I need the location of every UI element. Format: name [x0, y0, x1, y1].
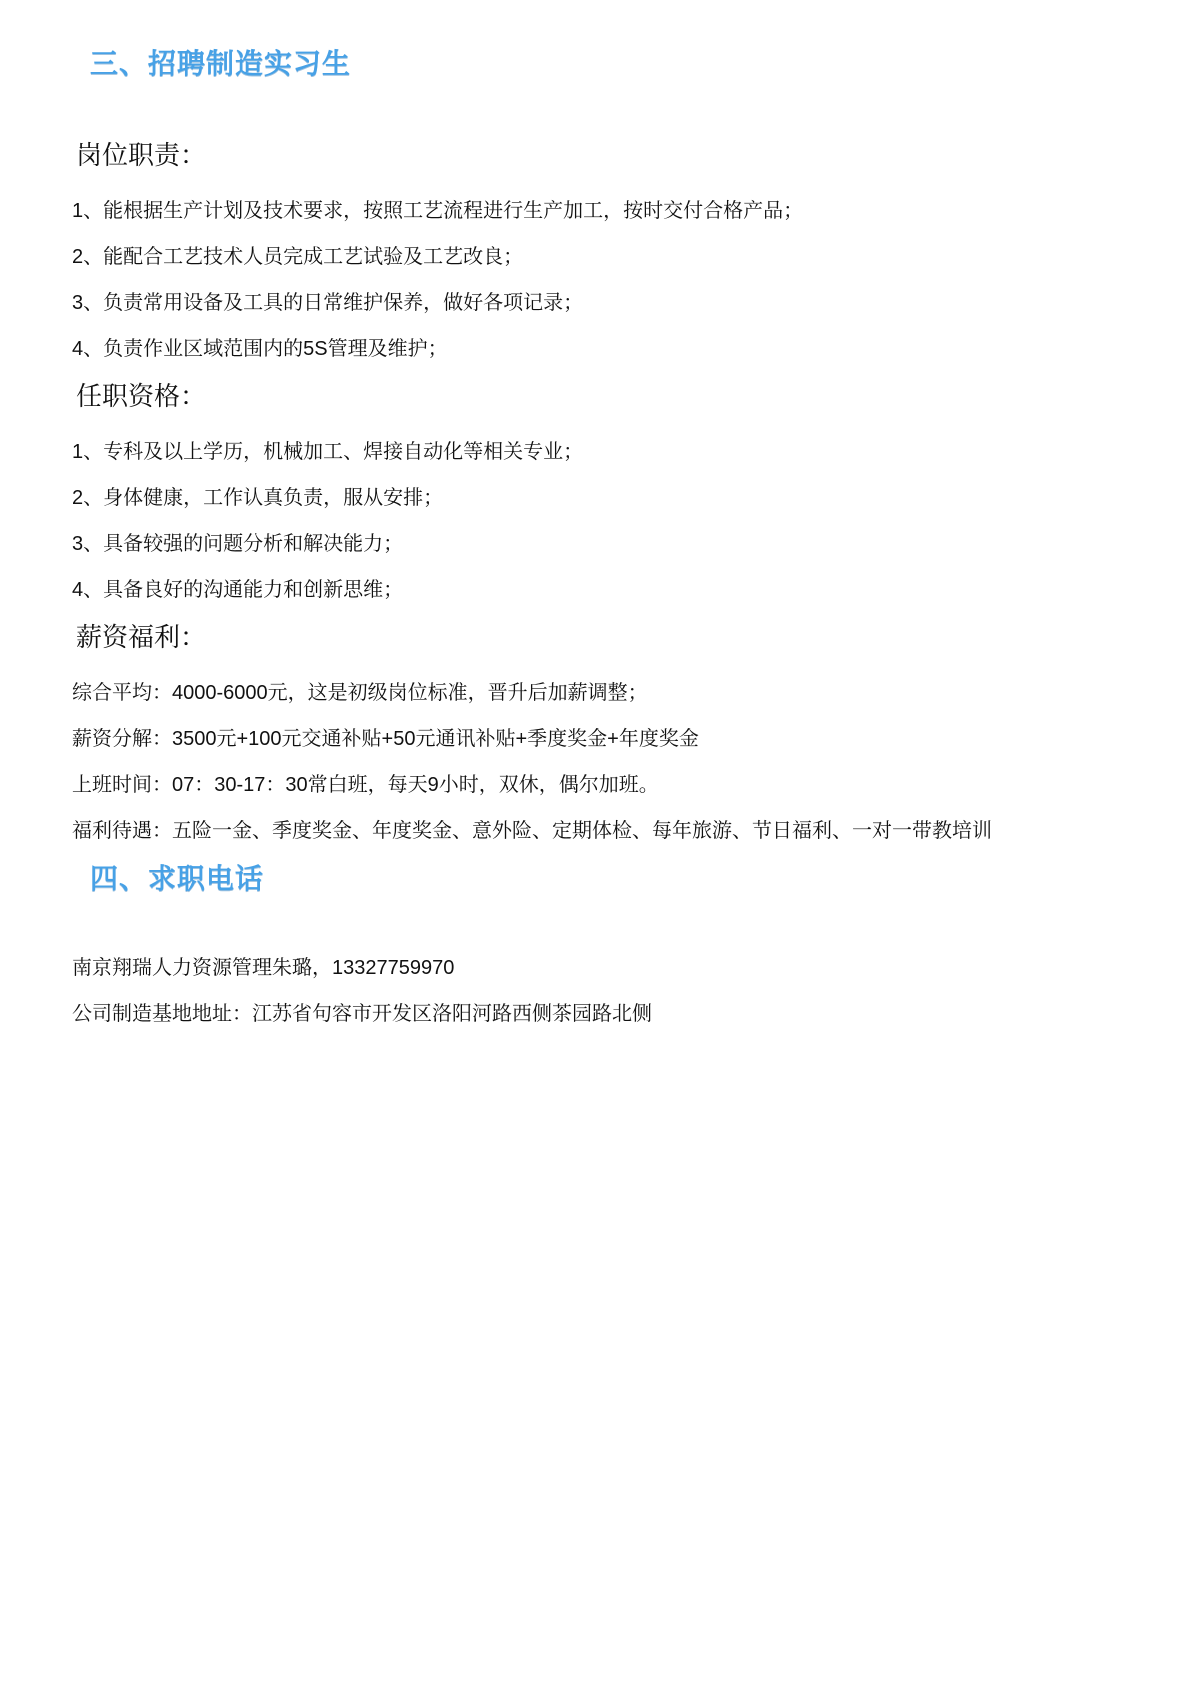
duty-item-2: 2、能配合工艺技术人员完成工艺试验及工艺改良； — [72, 245, 1190, 269]
salary-line-welfare: 福利待遇：五险一金、季度奖金、年度奖金、意外险、定期体检、每年旅游、节日福利、一… — [72, 819, 1190, 843]
salary-line-working-hours: 上班时间：07：30-17：30常白班，每天9小时，双休，偶尔加班。 — [72, 773, 1190, 797]
section-heading-recruit-interns: 三、招聘制造实习生 — [90, 47, 1190, 81]
contact-line-address: 公司制造基地地址：江苏省句容市开发区洛阳河路西侧茶园路北侧 — [72, 1002, 1190, 1026]
salary-line-average: 综合平均：4000-6000元，这是初级岗位标准，晋升后加薪调整； — [72, 681, 1190, 705]
qualification-item-4: 4、具备良好的沟通能力和创新思维； — [72, 578, 1190, 602]
section-heading-contact-phone: 四、求职电话 — [90, 862, 1190, 896]
document-page: 三、招聘制造实习生 岗位职责： 1、能根据生产计划及技术要求，按照工艺流程进行生… — [0, 0, 1190, 1684]
duty-item-1: 1、能根据生产计划及技术要求，按照工艺流程进行生产加工，按时交付合格产品； — [72, 199, 1190, 223]
duty-item-3: 3、负责常用设备及工具的日常维护保养，做好各项记录； — [72, 291, 1190, 315]
qualification-item-2: 2、身体健康，工作认真负责，服从安排； — [72, 486, 1190, 510]
qualification-item-3: 3、具备较强的问题分析和解决能力； — [72, 532, 1190, 556]
qualification-item-1: 1、专科及以上学历，机械加工、焊接自动化等相关专业； — [72, 440, 1190, 464]
contact-line-phone: 南京翔瑞人力资源管理朱璐，13327759970 — [72, 956, 1190, 980]
subsection-title-duties: 岗位职责： — [76, 139, 1190, 171]
salary-line-breakdown: 薪资分解：3500元+100元交通补贴+50元通讯补贴+季度奖金+年度奖金 — [72, 727, 1190, 751]
subsection-title-qualifications: 任职资格： — [76, 380, 1190, 412]
duty-item-4: 4、负责作业区域范围内的5S管理及维护； — [72, 337, 1190, 361]
subsection-title-salary-benefits: 薪资福利： — [76, 621, 1190, 653]
